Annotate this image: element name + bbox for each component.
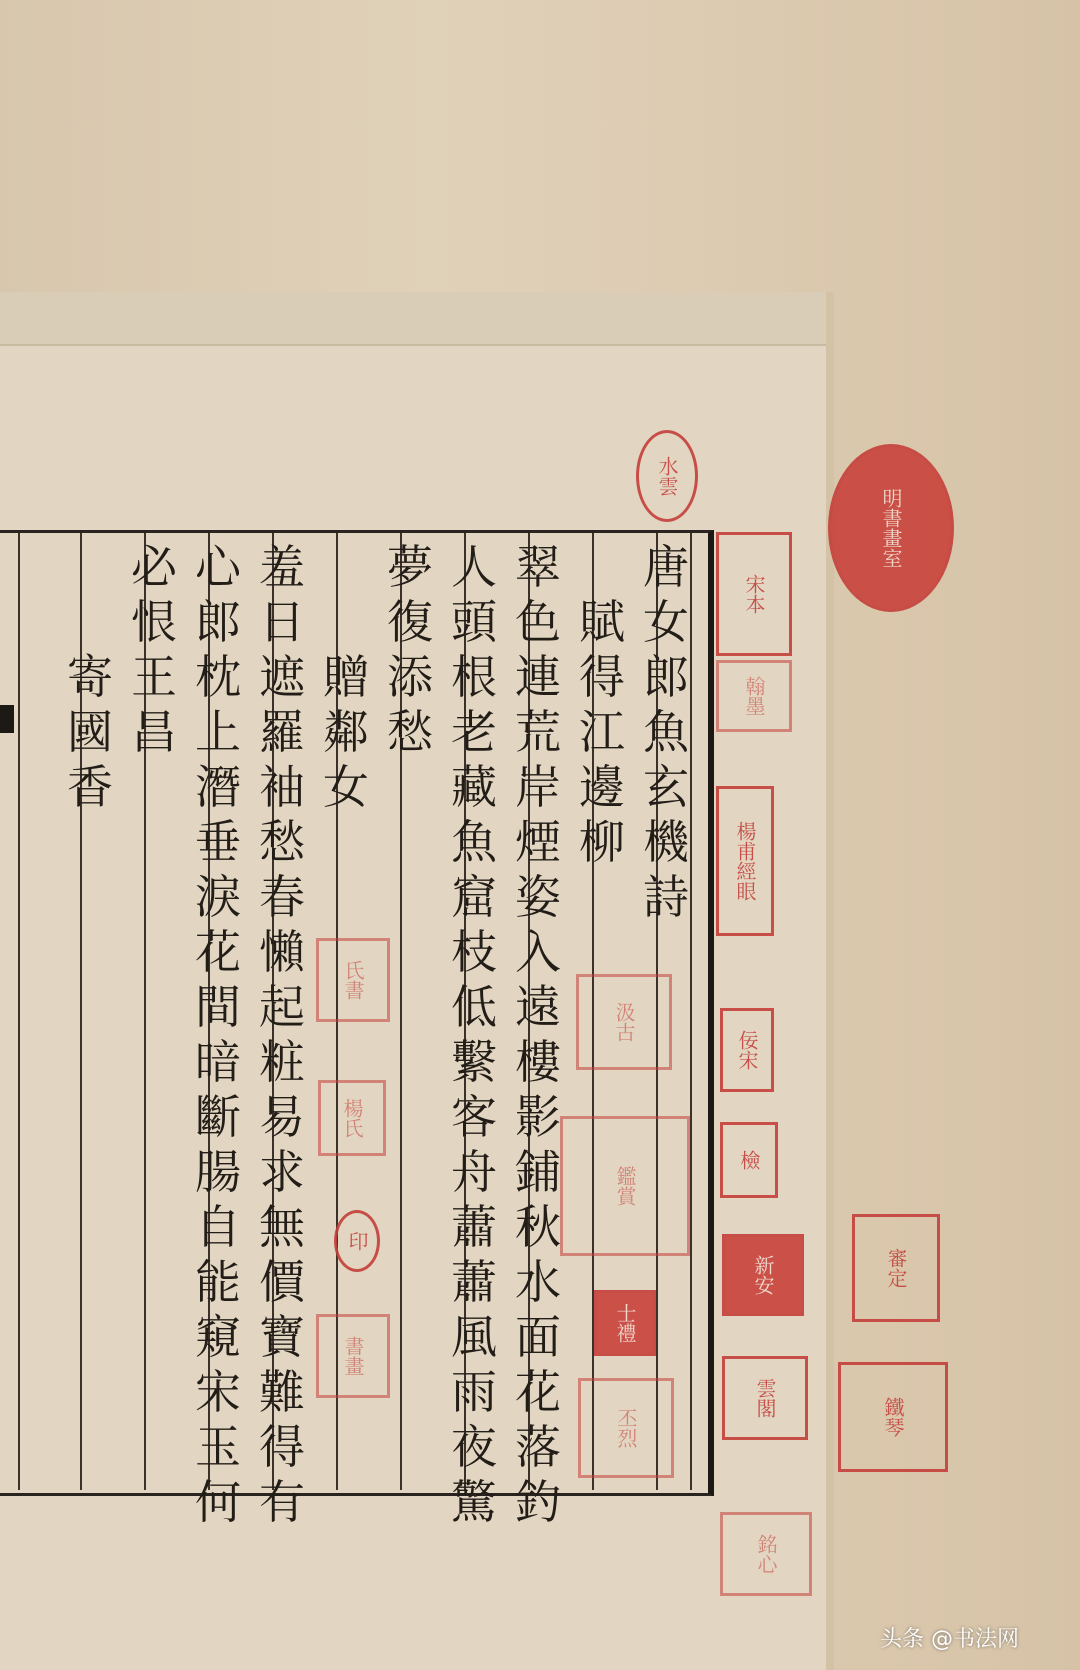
character: 人 <box>451 540 497 595</box>
character: 暗 <box>195 1035 241 1090</box>
character: 必 <box>131 540 177 595</box>
character: 遮 <box>259 650 305 705</box>
character: 價 <box>259 1255 305 1310</box>
seal-stamp: 書畫 <box>316 1314 390 1398</box>
character: 郎 <box>643 650 689 705</box>
character: 客 <box>451 1090 497 1145</box>
character: 昌 <box>131 705 177 760</box>
character: 贈 <box>323 650 369 705</box>
character: 入 <box>515 925 561 980</box>
character: 懶 <box>259 925 305 980</box>
character: 柳 <box>579 815 625 870</box>
seal-stamp: 士禮 <box>594 1290 656 1356</box>
seal-stamp: 明書畫室 <box>828 444 954 612</box>
character: 淚 <box>195 870 241 925</box>
character: 難 <box>259 1365 305 1420</box>
character: 花 <box>515 1365 561 1420</box>
character: 夜 <box>451 1420 497 1475</box>
character: 唐 <box>643 540 689 595</box>
character: 羞 <box>259 540 305 595</box>
character: 低 <box>451 980 497 1035</box>
text-column-poem2-line3: 必恨王昌 <box>124 540 184 760</box>
character: 心 <box>195 540 241 595</box>
character: 窟 <box>451 870 497 925</box>
character: 蕭 <box>451 1200 497 1255</box>
seal-stamp: 鑑賞 <box>560 1116 690 1256</box>
character: 面 <box>515 1310 561 1365</box>
character: 得 <box>259 1420 305 1475</box>
seal-stamp: 檢 <box>720 1122 778 1198</box>
text-column-poem2-line1: 羞日遮羅袖愁春懶起粧易求無價寶難得有 <box>252 540 312 1530</box>
fishtail-mark <box>0 705 14 733</box>
character: 風 <box>451 1310 497 1365</box>
character: 袖 <box>259 760 305 815</box>
character: 老 <box>451 705 497 760</box>
seal-stamp: 氏書 <box>316 938 390 1022</box>
character: 翠 <box>515 540 561 595</box>
character: 女 <box>323 760 369 815</box>
character: 間 <box>195 980 241 1035</box>
character: 起 <box>259 980 305 1035</box>
character: 女 <box>643 595 689 650</box>
seal-stamp: 楊氏 <box>318 1080 386 1156</box>
character: 宋 <box>195 1365 241 1420</box>
character: 鋪 <box>515 1145 561 1200</box>
character: 香 <box>67 760 113 815</box>
text-column-poem1-line2: 人頭根老藏魚窟枝低繫客舟蕭蕭風雨夜驚 <box>444 540 504 1530</box>
character: 有 <box>259 1475 305 1530</box>
character: 斷 <box>195 1090 241 1145</box>
character: 邊 <box>579 760 625 815</box>
character: 自 <box>195 1200 241 1255</box>
character: 易 <box>259 1090 305 1145</box>
text-column-poem1-line1: 翠色連荒岸煙姿入遠樓影鋪秋水面花落釣 <box>508 540 568 1530</box>
character: 雨 <box>451 1365 497 1420</box>
character: 繫 <box>451 1035 497 1090</box>
character: 無 <box>259 1200 305 1255</box>
character: 垂 <box>195 815 241 870</box>
character: 枕 <box>195 650 241 705</box>
seal-stamp: 鐵琴 <box>838 1362 948 1472</box>
character: 得 <box>579 650 625 705</box>
character: 水 <box>515 1255 561 1310</box>
seal-stamp: 水雲 <box>636 430 698 522</box>
character: 枝 <box>451 925 497 980</box>
text-column-poem3-title: 寄國香 <box>60 650 120 815</box>
character: 岸 <box>515 760 561 815</box>
column-rule <box>18 533 20 1490</box>
character: 遠 <box>515 980 561 1035</box>
text-column-poem1-line3: 夢復添愁 <box>380 540 440 760</box>
character: 夢 <box>387 540 433 595</box>
seal-stamp: 銘心 <box>720 1512 812 1596</box>
text-column-poem2-title: 贈鄰女 <box>316 650 376 815</box>
character: 國 <box>67 705 113 760</box>
seal-stamp: 翰墨 <box>716 660 792 732</box>
character: 窺 <box>195 1310 241 1365</box>
watermark: 头条 @书法网 <box>880 1622 1019 1653</box>
character: 能 <box>195 1255 241 1310</box>
character: 影 <box>515 1090 561 1145</box>
seal-stamp: 宋本 <box>716 532 792 656</box>
character: 姿 <box>515 870 561 925</box>
character: 根 <box>451 650 497 705</box>
character: 荒 <box>515 705 561 760</box>
character: 復 <box>387 595 433 650</box>
character: 機 <box>643 815 689 870</box>
character: 賦 <box>579 595 625 650</box>
character: 煙 <box>515 815 561 870</box>
character: 魚 <box>451 815 497 870</box>
character: 頭 <box>451 595 497 650</box>
seal-stamp: 楊甫經眼 <box>716 786 774 936</box>
character: 愁 <box>259 815 305 870</box>
character: 羅 <box>259 705 305 760</box>
character: 腸 <box>195 1145 241 1200</box>
character: 樓 <box>515 1035 561 1090</box>
seal-stamp: 雲閣 <box>722 1356 808 1440</box>
character: 恨 <box>131 595 177 650</box>
character: 玄 <box>643 760 689 815</box>
character: 寶 <box>259 1310 305 1365</box>
character: 春 <box>259 870 305 925</box>
character: 鄰 <box>323 705 369 760</box>
character: 郎 <box>195 595 241 650</box>
character: 驚 <box>451 1475 497 1530</box>
character: 蕭 <box>451 1255 497 1310</box>
character: 藏 <box>451 760 497 815</box>
character: 日 <box>259 595 305 650</box>
character: 落 <box>515 1420 561 1475</box>
seal-stamp: 印 <box>334 1210 380 1272</box>
character: 何 <box>195 1475 241 1530</box>
character: 詩 <box>643 870 689 925</box>
text-column-poem1-title: 賦得江邊柳 <box>572 595 632 870</box>
seal-stamp: 新安 <box>722 1234 804 1316</box>
character: 添 <box>387 650 433 705</box>
seal-stamp: 審定 <box>852 1214 940 1322</box>
character: 粧 <box>259 1035 305 1090</box>
character: 釣 <box>515 1475 561 1530</box>
character: 愁 <box>387 705 433 760</box>
character: 江 <box>579 705 625 760</box>
character: 舟 <box>451 1145 497 1200</box>
character: 魚 <box>643 705 689 760</box>
seal-stamp: 佞宋 <box>720 1008 774 1092</box>
seal-stamp: 汲古 <box>576 974 672 1070</box>
character: 上 <box>195 705 241 760</box>
leaf-top-strip <box>0 292 826 346</box>
text-column-poem2-line2: 心郎枕上潛垂淚花間暗斷腸自能窺宋玉何 <box>188 540 248 1530</box>
text-column-title: 唐女郎魚玄機詩 <box>636 540 696 925</box>
character: 連 <box>515 650 561 705</box>
character: 花 <box>195 925 241 980</box>
character: 潛 <box>195 760 241 815</box>
character: 王 <box>131 650 177 705</box>
character: 色 <box>515 595 561 650</box>
character: 求 <box>259 1145 305 1200</box>
character: 寄 <box>67 650 113 705</box>
character: 玉 <box>195 1420 241 1475</box>
seal-stamp: 丕烈 <box>578 1378 674 1478</box>
character: 秋 <box>515 1200 561 1255</box>
